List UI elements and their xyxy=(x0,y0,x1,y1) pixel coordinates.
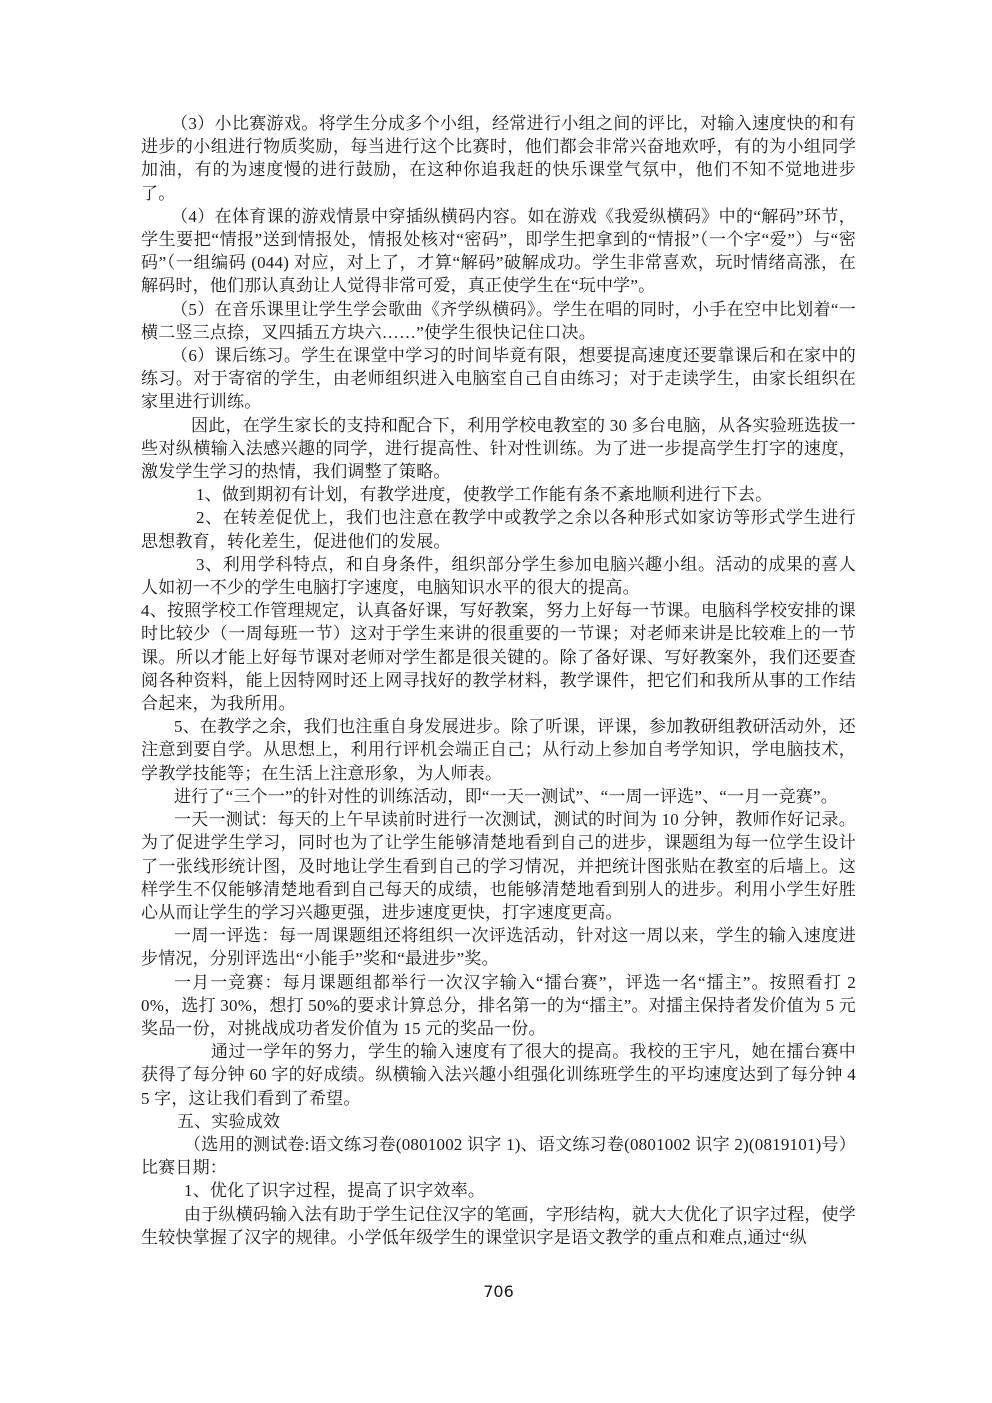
paragraph: （6）课后练习。学生在课堂中学习的时间毕竟有限，想要提高速度还要靠课后和在家中的… xyxy=(141,344,856,414)
paragraph: 一周一评选：每一周课题组还将组织一次评选活动，针对这一周以来，学生的输入速度进步… xyxy=(141,924,856,970)
paragraph: 5、在教学之余，我们也注重自身发展进步。除了听课，评课，参加教研组教研活动外，还… xyxy=(141,715,856,785)
paragraph: 3、利用学科特点，和自身条件，组织部分学生参加电脑兴趣小组。活动的成果的喜人人如… xyxy=(141,553,856,599)
paragraph: 4、按照学校工作管理规定，认真备好课，写好教案，努力上好每一节课。电脑科学校安排… xyxy=(141,599,856,715)
paragraph: 五、实验成效 xyxy=(141,1110,856,1133)
paragraph: 1、优化了识字过程，提高了识字效率。 xyxy=(141,1179,856,1202)
paragraph-list: （3）小比赛游戏。将学生分成多个小组，经常进行小组之间的评比，对输入速度快的和有… xyxy=(141,112,856,1249)
paragraph: （3）小比赛游戏。将学生分成多个小组，经常进行小组之间的评比，对输入速度快的和有… xyxy=(141,112,856,205)
paragraph: 进行了“三个一”的针对性的训练活动，即“一天一测试”、“一周一评选”、“一月一竞… xyxy=(141,785,856,808)
paragraph: 1、做到期初有计划，有教学进度，使教学工作能有条不紊地顺利进行下去。 xyxy=(141,483,856,506)
paragraph: 一天一测试：每天的上午早读前时进行一次测试，测试的时间为 10 分钟，教师作好记… xyxy=(141,808,856,924)
document-page: （3）小比赛游戏。将学生分成多个小组，经常进行小组之间的评比，对输入速度快的和有… xyxy=(0,0,992,1403)
paragraph: 因此，在学生家长的支持和配合下，利用学校电教室的 30 多台电脑，从各实验班选拔… xyxy=(141,414,856,484)
paragraph: 一月一竞赛：每月课题组都举行一次汉字输入“擂台赛”，评选一名“擂主”。按照看打 … xyxy=(141,971,856,1041)
paragraph: 由于纵横码输入法有助于学生记住汉字的笔画，字形结构，就大大优化了识字过程，使学生… xyxy=(141,1203,856,1249)
paragraph: （4）在体育课的游戏情景中穿插纵横码内容。如在游戏《我爱纵横码》中的“解码”环节… xyxy=(141,205,856,298)
paragraph: 通过一学年的努力，学生的输入速度有了很大的提高。我校的王宇凡，她在擂台赛中获得了… xyxy=(141,1040,856,1110)
paragraph: （5）在音乐课里让学生学会歌曲《齐学纵横码》。学生在唱的同时，小手在空中比划着“… xyxy=(141,298,856,344)
paragraph: （选用的测试卷:语文练习卷(0801002 识字 1)、语文练习卷(080100… xyxy=(141,1133,856,1179)
paragraph: 2、在转差促优上，我们也注意在教学中或教学之余以各种形式如家访等形式学生进行思想… xyxy=(141,506,856,552)
page-number: 706 xyxy=(141,1281,856,1303)
